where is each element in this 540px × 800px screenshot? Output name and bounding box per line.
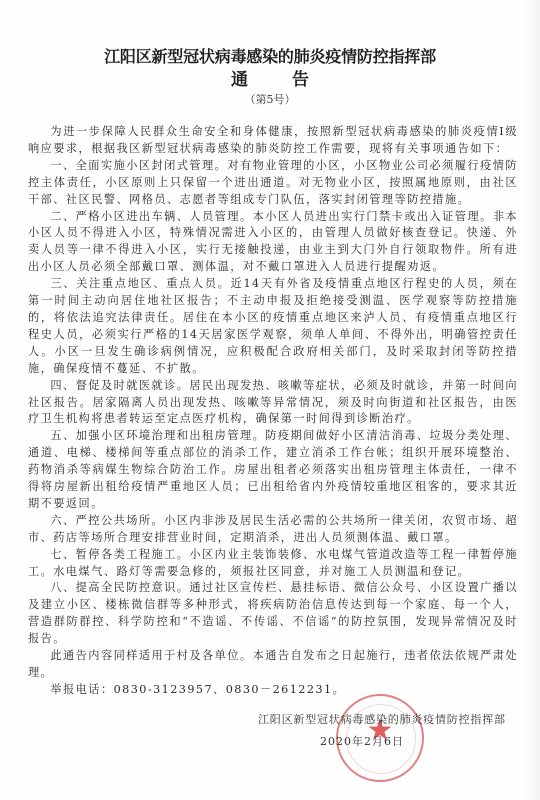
issuer-signature: 江阳区新型冠状病毒感染的肺炎疫情防控指挥部: [258, 712, 528, 728]
notice-document: 江阳区新型冠状病毒感染的肺炎疫情防控指挥部 通告 （第5号） 为进一步保障人民群…: [0, 0, 540, 800]
item-7-paragraph: 七、暂停各类工程施工。小区内业主装饰装修、水电煤气管道改造等工程一律暂停施工。水…: [28, 547, 518, 581]
notice-body: 为进一步保障人民群众生命安全和身体健康，按照新型冠状病毒感染的肺炎疫情Ⅰ级响应要…: [28, 124, 518, 699]
heading-char-2: 告: [292, 70, 309, 90]
hotline-paragraph: 举报电话：0830-3123957、0830－2612231。: [28, 682, 518, 699]
heading-char-1: 通: [231, 70, 248, 90]
item-4-paragraph: 四、督促及时就医就诊。居民出现发热、咳嗽等症状，必须及时就诊，并第一时间向社区报…: [28, 378, 518, 429]
document-type-heading: 通告: [0, 70, 540, 90]
applicability-paragraph: 此通告内容同样适用于村及各单位。本通告自发布之日起施行，违者依法依规严肃处理。: [28, 648, 518, 682]
item-5-paragraph: 五、加强小区环境治理和出租房管理。防疫期间做好小区清洁消毒、垃圾分类处理、通道、…: [28, 428, 518, 513]
item-1-paragraph: 一、全面实施小区封闭式管理。对有物业管理的小区，小区物业公司必须履行疫情防控主体…: [28, 158, 518, 209]
document-number: （第5号）: [0, 93, 540, 107]
item-3-paragraph: 三、关注重点地区、重点人员。近14天有外省及疫情重点地区行程史的人员，须在第一时…: [28, 276, 518, 377]
document-title: 江阳区新型冠状病毒感染的肺炎疫情防控指挥部: [0, 47, 540, 67]
item-2-paragraph: 二、严格小区进出车辆、人员管理。本小区人员进出实行门禁卡或出入证管理。非本小区人…: [28, 209, 518, 277]
issue-date: 2020年2月6日: [320, 734, 450, 750]
intro-paragraph: 为进一步保障人民群众生命安全和身体健康，按照新型冠状病毒感染的肺炎疫情Ⅰ级响应要…: [28, 124, 518, 158]
item-6-paragraph: 六、严控公共场所。小区内非涉及居民生活必需的公共场所一律关闭，农贸市场、超市、药…: [28, 513, 518, 547]
item-8-paragraph: 八、提高全民防控意识。通过社区宣传栏、悬挂标语、微信公众号、小区设置广播以及建立…: [28, 580, 518, 648]
